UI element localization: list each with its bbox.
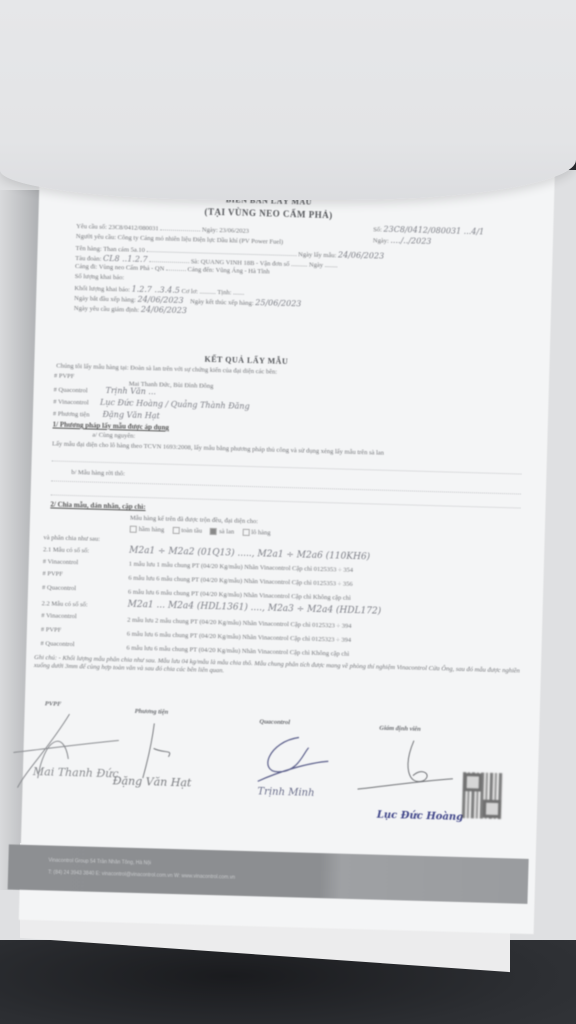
sample-row: # PVPF [42,570,63,578]
header-field: Số lượng khai báo: [75,273,125,282]
note-text: Ghi chú: - Khối lượng mẫu phân chia như … [34,654,524,683]
sample-row: # Quacontrol [42,584,76,593]
option-lo-hang[interactable]: lô hàng [242,529,271,537]
signature-name-phuong-tien: Đặng Văn Hạt [113,774,192,789]
document-subtitle: (TẠI VÙNG NEO CẨM PHẢ) [168,206,368,222]
representative-row: # PVPF [54,372,75,380]
option-sa-lan[interactable]: sà lan [210,528,234,536]
prep-options: hầm hàng toàn tầu sà lan lô hàng [130,526,271,538]
footer-band: Vinacontrol Group 54 Trần Nhân Tông, Hà … [8,844,529,904]
sample-row: # Vinacontrol [41,612,77,621]
method-sub: a/ Cùng nguyên: [92,432,135,441]
split-note: và phân chia như sau: [43,534,100,543]
sample-row-text: 6 mẫu lưu 6 mẫu chung PT (04/20 Kg/mẫu) … [128,575,353,589]
sample-row-text: 2 mẫu lưu 2 mẫu chung PT (04/20 Kg/mẫu) … [127,617,352,631]
sample-group-label: 2.2 Mẫu có số số: [41,600,87,609]
sample-row: # Quacontrol [40,640,74,649]
option-toan-tau[interactable]: toàn tầu [172,527,202,535]
header-field: Ngày yêu cầu giám định: 24/06/2023 [74,303,187,316]
sample-group-handwritten: M2a1 ÷ M2a2 (01Q13) ....., M2a1 ÷ M2a6 (… [129,546,370,564]
signature-name-pvpf: Mai Thanh Đức [33,765,119,781]
method-text: Lấy mẫu đại diện cho lô hàng theo TCVN 1… [52,440,522,461]
qr-code [462,772,503,819]
sampling-report-document: Vinacontrol since 1957 BIÊN BẢN LẤY MẪU … [19,160,555,934]
ref-date: Ngày: ..../../2023 [373,235,432,246]
signature-name-inspector: Lục Đức Hoàng [377,810,464,824]
prep-text: Mẫu hàng kể trên đã được trộn đều, đại d… [130,515,258,526]
signature-label-inspector: Giám định viên [379,725,421,734]
footer-line-1: Vinacontrol Group 54 Trần Nhân Tông, Hà … [48,858,151,867]
results-title: KẾT QUẢ LẤY MẪU [204,355,288,367]
signature-inspector [352,734,464,807]
representative-row: # Quacontrol Trịnh Văn ... [53,384,156,397]
representative-row: # Phương tiện Đặng Văn Hạt [53,408,160,421]
method-b: b/ Mẫu hàng rời thô: [71,469,125,478]
signature-name-quacontrol: Trịnh Minh [257,786,314,800]
sample-row: # Vinacontrol [43,558,79,567]
prep-section-title: 2/ Chia mẫu, dán nhãn, cặp chì: [50,500,146,511]
divider [51,480,521,494]
footer-line-2: T: (84) 24 3943 3840 E: vinacontrol@vina… [48,870,235,881]
signature-label-pvpf: PVPF [45,700,62,708]
method-section-title: 1/ Phương pháp lấy mẫu được áp dụng [52,420,169,432]
sample-row-text: 1 mẫu lưu 1 mẫu chung PT (04/20 Kg/mẫu) … [129,561,354,575]
signature-label-quacontrol: Quacontrol [259,718,290,727]
sample-group-label: 2.1 Mẫu có số số: [43,546,89,555]
sample-row-text: 6 mẫu lưu 6 mẫu chung PT (04/20 Kg/mẫu) … [127,631,352,645]
option-ham-hang[interactable]: hầm hàng [130,526,165,534]
sample-row: # PVPF [41,626,62,634]
sample-row-text: 6 mẫu lưu 6 mẫu chung PT (04/20 Kg/mẫu) … [126,645,349,659]
foreground-paper-sheet [0,0,576,200]
